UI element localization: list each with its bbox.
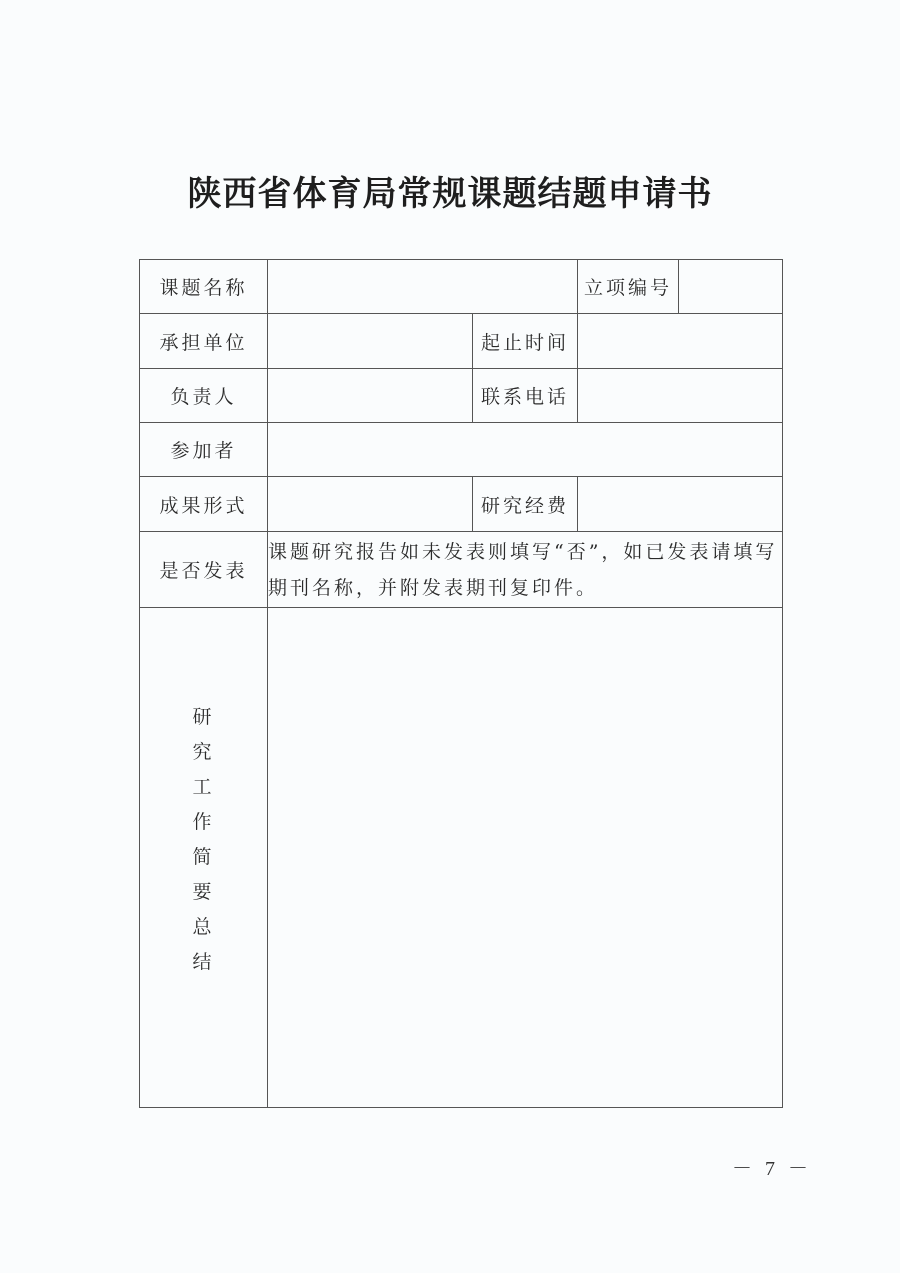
topic-name-field[interactable] (268, 260, 578, 314)
summary-label-char: 作 (192, 807, 214, 834)
person-in-charge-field[interactable] (268, 369, 473, 423)
summary-label-char: 总 (192, 912, 214, 939)
topic-name-label: 课题名称 (140, 260, 268, 314)
undertaking-unit-field[interactable] (268, 314, 473, 369)
phone-field[interactable] (578, 369, 783, 423)
project-number-field[interactable] (679, 260, 783, 314)
period-label: 起止时间 (473, 314, 578, 369)
result-form-field[interactable] (268, 477, 473, 532)
summary-label-char: 研 (192, 702, 214, 729)
project-number-label: 立项编号 (578, 260, 679, 314)
published-label: 是否发表 (140, 532, 268, 608)
summary-label-char: 究 (192, 737, 214, 764)
summary-field[interactable] (268, 608, 783, 1108)
person-in-charge-label: 负责人 (140, 369, 268, 423)
phone-label: 联系电话 (473, 369, 578, 423)
funding-label: 研究经费 (473, 477, 578, 532)
published-note[interactable]: 课题研究报告如未发表则填写“否”，如已发表请填写期刊名称，并附发表期刊复印件。 (268, 532, 783, 608)
participants-label: 参加者 (140, 423, 268, 477)
result-form-label: 成果形式 (140, 477, 268, 532)
period-field[interactable] (578, 314, 783, 369)
funding-field[interactable] (578, 477, 783, 532)
summary-label-char: 简 (192, 842, 214, 869)
page-number: － 7 － (732, 1152, 812, 1181)
undertaking-unit-label: 承担单位 (140, 314, 268, 369)
summary-label-char: 要 (192, 877, 214, 904)
participants-field[interactable] (268, 423, 783, 477)
summary-label-char: 结 (192, 947, 214, 974)
summary-label-char: 工 (192, 772, 214, 799)
application-form-table: 课题名称 立项编号 承担单位 起止时间 负责人 联系电话 参加者 成果形式 研究… (139, 259, 783, 1108)
summary-label: 研 究 工 作 简 要 总 结 (140, 608, 268, 1108)
page-title: 陕西省体育局常规课题结题申请书 (0, 166, 900, 215)
